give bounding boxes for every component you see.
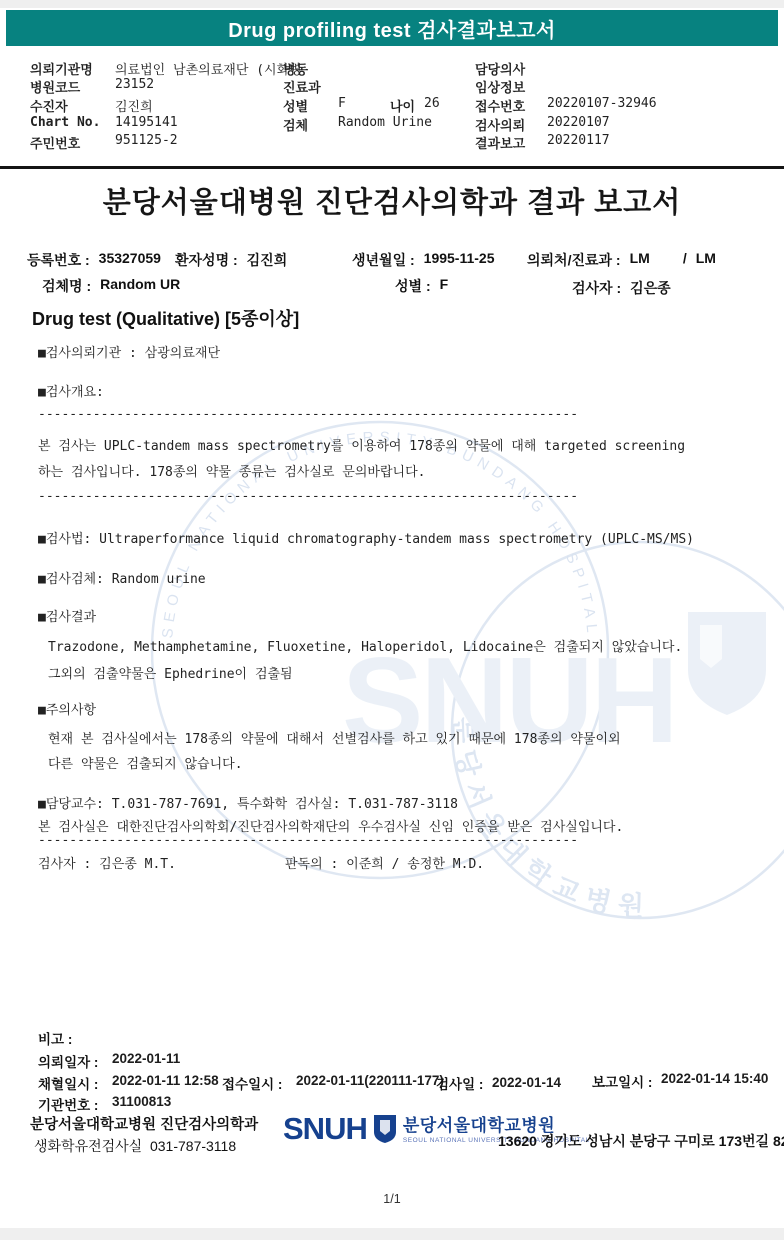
examiner-label: 검사자 : xyxy=(572,278,621,298)
report-title: 분당서울대병원 진단검사의학과 결과 보고서 xyxy=(0,180,784,221)
field-label-requesting-org: 의뢰기관명 xyxy=(30,59,93,78)
patient-name-label: 환자성명 : xyxy=(175,250,238,270)
body-line: ■검사법: Ultraperformance liquid chromatogr… xyxy=(38,528,694,547)
receipt-datetime-label: 접수일시 : xyxy=(222,1073,282,1093)
shield-mark xyxy=(700,625,722,668)
title-bar-text: Drug profiling test 검사결과보고서 xyxy=(228,14,556,43)
field-value-requesting-org: 의료법인 남촌의료재단 (시화병 xyxy=(115,59,302,78)
field-value-sex: F xyxy=(338,96,346,111)
body-line: 현재 본 검사실에서는 178종의 약물에 대해서 선별검사를 하고 있기 때문… xyxy=(48,728,621,747)
page-number: 1/1 xyxy=(0,1192,784,1206)
field-label-age: 나이 xyxy=(390,96,415,115)
field-value-resident-no: 951125-2 xyxy=(115,133,178,148)
note-label: 비고 : xyxy=(38,1028,72,1048)
bottom-edge-strip xyxy=(0,1228,784,1240)
body-line: ■주의사항 xyxy=(38,699,96,718)
field-label-department: 진료과 xyxy=(283,77,321,96)
birth-label: 생년월일 : xyxy=(352,250,415,270)
receipt-datetime-value: 2022-01-11(220111-177) xyxy=(296,1073,444,1088)
examiner-value: 김은종 xyxy=(630,278,671,298)
field-label-resident-no: 주민번호 xyxy=(30,133,80,152)
hospital-address: 13620 경기도 성남시 분당구 구미로 173번길 82 xyxy=(498,1131,784,1151)
field-label-specimen: 검체 xyxy=(283,115,308,134)
report-datetime-value: 2022-01-14 15:40 xyxy=(661,1071,768,1086)
test-name-heading: Drug test (Qualitative) [5종이상] xyxy=(32,305,299,331)
dept-label: 의뢰처/진료과 : xyxy=(527,250,621,270)
birth-value: 1995-11-25 xyxy=(424,250,495,270)
body-line: 다른 약물은 검출되지 않습니다. xyxy=(48,753,243,772)
sex-value: F xyxy=(440,276,449,296)
body-line: ■검사의뢰기관 : 삼광의료재단 xyxy=(38,342,220,361)
dept-value-2: LM xyxy=(696,250,716,270)
footer-department-line: 분당서울대학교병원 진단검사의학과 xyxy=(30,1113,258,1134)
report-datetime-label: 보고일시 : xyxy=(592,1071,652,1091)
field-value-patient: 김진희 xyxy=(115,96,153,115)
body-line: 그외의 검출약물은 Ephedrine이 검출됨 xyxy=(48,663,293,682)
report-page: Drug profiling test 검사결과보고서 의뢰기관명 의료법인 남… xyxy=(0,0,784,1240)
reg-no-value: 35327059 xyxy=(99,250,161,270)
request-date-label: 의뢰일자 : xyxy=(38,1051,98,1071)
snuh-shield-icon xyxy=(373,1114,397,1144)
birth-field: 생년월일 : 1995-11-25 xyxy=(352,250,495,270)
request-date-value: 2022-01-11 xyxy=(112,1051,180,1066)
signature-examiner: 검사자 : 김은종 M.T. xyxy=(38,853,176,872)
field-label-patient: 수진자 xyxy=(30,96,68,115)
field-value-hospital-code: 23152 xyxy=(115,77,154,92)
field-label-doctor: 담당의사 xyxy=(475,59,525,78)
reg-no-field: 등록번호 : 35327059 xyxy=(27,250,161,270)
field-label-hospital-code: 병원코드 xyxy=(30,77,80,96)
body-line: 하는 검사입니다. 178종의 약물 종류는 검사실로 문의바랍니다. xyxy=(38,461,426,480)
dept-field: 의뢰처/진료과 : LM / LM xyxy=(527,250,716,270)
patient-name-value: 김진희 xyxy=(247,250,288,270)
field-value-order-date: 20220107 xyxy=(547,115,610,130)
collect-datetime-value: 2022-01-11 12:58 xyxy=(112,1073,219,1088)
top-edge-strip xyxy=(0,0,784,8)
title-bar: Drug profiling test 검사결과보고서 xyxy=(6,10,778,46)
specimen-name-value: Random UR xyxy=(100,276,180,296)
dashed-rule: ----------------------------------------… xyxy=(38,489,578,504)
field-label-clinical-info: 임상정보 xyxy=(475,77,525,96)
field-label-chart-no: Chart No. xyxy=(30,115,100,130)
collect-datetime-label: 채혈일시 : xyxy=(38,1073,98,1093)
field-label-report-date: 결과보고 xyxy=(475,133,525,152)
test-date-label: 검사일 : xyxy=(436,1073,483,1093)
org-no-value: 31100813 xyxy=(112,1094,171,1109)
footer-lab-line: 생화학유전검사실 031-787-3118 xyxy=(34,1136,236,1156)
examiner-field: 검사자 : 김은종 xyxy=(572,278,671,298)
body-line: ■검사개요: xyxy=(38,381,104,400)
sex-field: 성별 : F xyxy=(395,276,448,296)
dept-value: LM xyxy=(630,250,650,270)
specimen-name-label: 검체명 : xyxy=(42,276,91,296)
dashed-rule: ----------------------------------------… xyxy=(38,833,578,848)
snuh-logo-text: SNUH xyxy=(283,1114,367,1144)
field-value-age: 26 xyxy=(424,96,440,111)
body-line: 본 검사는 UPLC-tandem mass spectrometry를 이용하… xyxy=(38,435,685,454)
specimen-name-field: 검체명 : Random UR xyxy=(42,276,180,296)
signature-reviewer: 판독의 : 이준희 / 송정한 M.D. xyxy=(285,853,484,872)
field-label-ward: 병동 xyxy=(283,59,308,78)
patient-name-field: 환자성명 : 김진희 xyxy=(175,250,287,270)
org-no-label: 기관번호 : xyxy=(38,1094,98,1114)
test-date-value: 2022-01-14 xyxy=(492,1075,561,1090)
snuh-shield-icon xyxy=(688,612,766,715)
field-label-order-date: 검사의뢰 xyxy=(475,115,525,134)
field-label-receipt-no: 접수번호 xyxy=(475,96,525,115)
body-line: ■담당교수: T.031-787-7691, 특수화학 검사실: T.031-7… xyxy=(38,793,458,812)
dept-slash: / xyxy=(683,250,687,270)
body-line: Trazodone, Methamphetamine, Fluoxetine, … xyxy=(48,636,682,655)
dashed-rule: ----------------------------------------… xyxy=(38,407,578,422)
body-line: ■검사검체: Random urine xyxy=(38,568,206,587)
reg-no-label: 등록번호 : xyxy=(27,250,90,270)
body-line: ■검사결과 xyxy=(38,606,96,625)
field-value-report-date: 20220117 xyxy=(547,133,610,148)
field-value-chart-no: 14195141 xyxy=(115,115,178,130)
field-value-receipt-no: 20220107-32946 xyxy=(547,96,657,111)
divider-line xyxy=(0,166,784,169)
sex-label: 성별 : xyxy=(395,276,431,296)
field-label-sex: 성별 xyxy=(283,96,308,115)
field-value-specimen: Random Urine xyxy=(338,115,432,130)
